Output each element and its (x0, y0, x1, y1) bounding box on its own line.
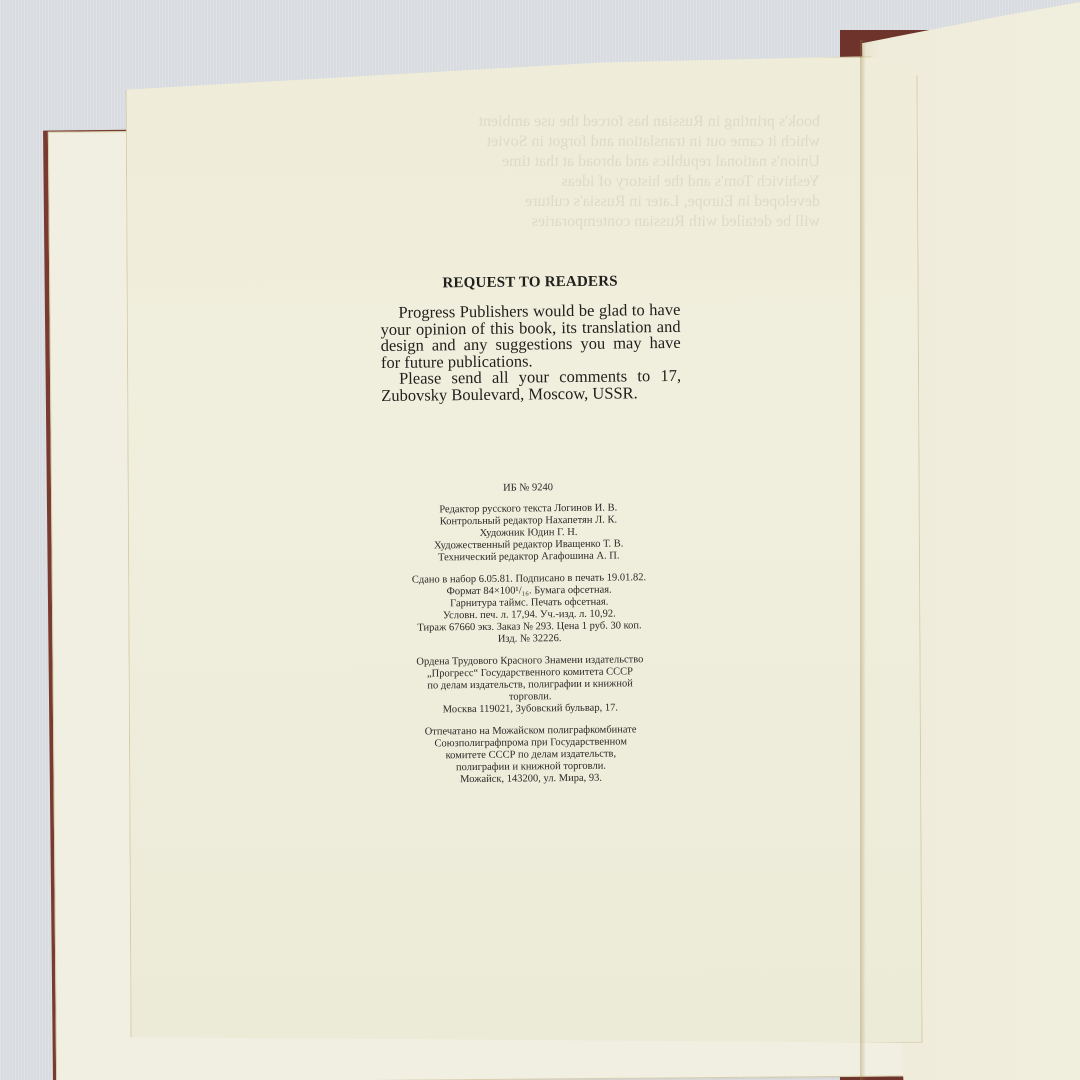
request-paragraph: Please send all your comments to 17, Zub… (381, 368, 681, 404)
request-to-readers: REQUEST TO READERS Progress Publishers w… (380, 273, 681, 404)
show-through-line: Yeshivich Tom's and the history of ideas (520, 172, 820, 192)
ib-number: ИБ № 9240 (378, 481, 678, 496)
credits-block: Редактор русского текста Логинов И. В. К… (378, 502, 679, 565)
production-block: Сдано в набор 6.05.81. Подписано в печат… (379, 572, 680, 647)
show-through-line: will be detailed with Russian contempora… (520, 212, 820, 232)
credit-line: Технический редактор Агафошина А. П. (379, 550, 679, 565)
show-through-line: book's printing in Russian has forced th… (520, 112, 820, 132)
printer-line: Можайск, 143200, ул. Мира, 93. (381, 772, 681, 787)
request-paragraph: Progress Publishers would be glad to hav… (380, 302, 681, 371)
publisher-line: Москва 119021, Зубовский бульвар, 17. (380, 702, 680, 717)
show-through-text: book's printing in Russian has forced th… (520, 112, 820, 232)
show-through-line: which it came out in translation and for… (520, 132, 820, 152)
colophon: ИБ № 9240 Редактор русского текста Логин… (378, 481, 681, 797)
request-title: REQUEST TO READERS (380, 273, 680, 293)
publisher-block: Ордена Трудового Красного Знамени издате… (380, 654, 681, 717)
show-through-line: developed in Europe, Later in Russia's c… (520, 192, 820, 212)
show-through-line: Union's national republics and abroad at… (520, 152, 820, 172)
printer-block: Отпечатано на Можайском полиграфкомбинат… (381, 724, 682, 787)
request-body: Progress Publishers would be glad to hav… (380, 302, 681, 404)
page-gutter (860, 40, 866, 1080)
